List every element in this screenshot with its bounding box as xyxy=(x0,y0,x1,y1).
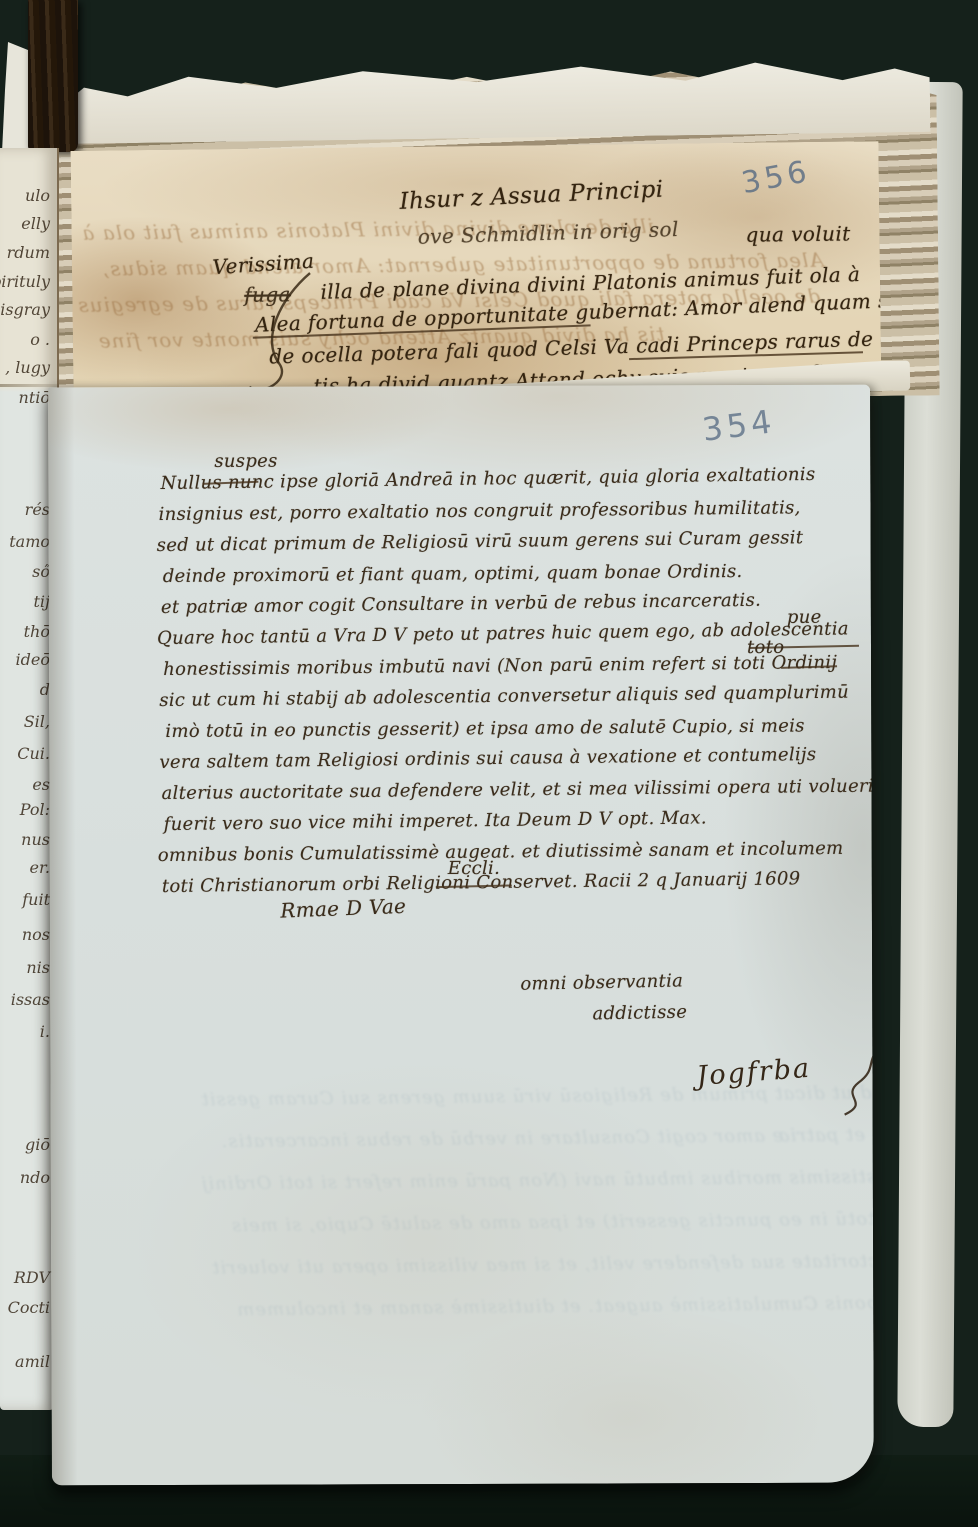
letter-line: insignius est, porro exaltatio nos congr… xyxy=(158,497,800,525)
clipped-word: ndo xyxy=(20,1168,50,1187)
inserted-word: Eccli. xyxy=(448,858,500,879)
page-354: 354 Nullus nunc ipse gloriā Andreā in ho… xyxy=(48,385,874,1486)
bleed-through-line: et patriæ amor cogit Consultare in verbū… xyxy=(221,1124,865,1152)
bleed-through-line: omnibus bonis Cumulatissimè augeat. et d… xyxy=(236,1292,874,1321)
clipped-word: RDV xyxy=(14,1268,50,1287)
bleed-through-line: honestissimis moribus imbutū navi (Non p… xyxy=(201,1166,874,1195)
book-spine-strap xyxy=(28,0,78,152)
closing-line: addictisse xyxy=(592,1002,687,1025)
clipped-word: spirituly xyxy=(0,272,50,291)
closing-line: omni observantia xyxy=(520,970,683,994)
letter-line: sic ut cum hi stabij ab adolescentia con… xyxy=(159,682,849,711)
letter-line: honestissimis moribus imbutū navi (Non p… xyxy=(163,652,837,680)
clipped-word: elly xyxy=(21,214,50,233)
clipped-word: issas xyxy=(11,990,50,1009)
signature-flourish xyxy=(810,1036,874,1116)
bleed-through-line: imò totū in eo punctis gesserit) et ipsa… xyxy=(231,1208,874,1236)
inserted-word: toto xyxy=(747,637,784,658)
clipped-word: nos xyxy=(22,925,50,944)
clipped-word: isgray xyxy=(0,300,50,319)
clipped-word: es xyxy=(32,775,50,794)
top-loose-sheet-edge xyxy=(57,54,930,144)
clipped-word: ntiō xyxy=(19,388,50,407)
clipped-word: tij xyxy=(33,592,50,611)
inserted-word: suspes xyxy=(214,451,277,472)
clipped-word: Pol: xyxy=(20,800,50,819)
handwritten-heading: Ihsur z Assua Principi xyxy=(399,176,664,214)
letter-line: et patriæ amor cogit Consultare in verbū… xyxy=(161,590,761,618)
clipped-word: fuit xyxy=(22,890,50,909)
folio-number-pencil-356: 356 xyxy=(739,154,814,201)
letter-line: Quare hoc tantū a Vra D V peto ut patres… xyxy=(157,618,849,649)
clipped-word: ideō xyxy=(16,650,50,669)
clipped-word: ulo xyxy=(25,186,50,205)
clipped-word: rdum xyxy=(7,243,50,262)
folio-number-pencil-354: 354 xyxy=(700,402,777,449)
handwritten-note-qua-voluit: qua voluit xyxy=(745,221,850,246)
bleed-through-line: alterius auctoritate sua defendere velit… xyxy=(211,1249,874,1278)
clipped-word: tamo xyxy=(9,532,50,551)
letter-line: imò totū in eo punctis gesserit) et ipsa… xyxy=(165,715,805,742)
letter-line: alterius auctoritate sua defendere velit… xyxy=(161,776,873,805)
clipped-word: er. xyxy=(30,858,50,877)
inserted-word: pue xyxy=(787,607,822,628)
clipped-word: ső xyxy=(32,562,50,581)
manuscript-photo: ulo elly rdum spirituly isgray o . , lug… xyxy=(0,0,978,1527)
letter-line: fuerit vero suo vice mihi imperet. Ita D… xyxy=(164,807,707,835)
clipped-word: nis xyxy=(26,958,50,977)
page-356: 356 illa de plane divina divini Platonis… xyxy=(71,141,882,401)
valediction: Rmae D Vae xyxy=(280,894,407,923)
clipped-word: amil xyxy=(15,1352,50,1371)
clipped-word: o . xyxy=(30,330,50,349)
clipped-word: Sil, xyxy=(24,712,50,731)
letter-line: omnibus bonis Cumulatissimè augeat. et d… xyxy=(158,838,844,866)
clipped-word: i. xyxy=(40,1022,50,1041)
clipped-word: giō xyxy=(25,1135,50,1154)
letter-line: sed ut dicat primum de Religiosū virū su… xyxy=(157,527,804,556)
letter-line: deinde proximorū et fiant quam, optimi, … xyxy=(163,561,743,587)
letter-line: vera saltem tam Religiosi ordinis sui ca… xyxy=(159,744,816,773)
bleed-through-line: sed ut dicat primum de Religiosū virū su… xyxy=(200,1082,873,1110)
clipped-word: , lugy xyxy=(5,358,50,377)
clipped-word: thō xyxy=(24,622,50,641)
clipped-word: nus xyxy=(21,830,50,849)
clipped-word: Cocti xyxy=(8,1298,50,1317)
clipped-word: Cui. xyxy=(17,744,50,763)
pen-flourish xyxy=(240,268,332,399)
clipped-word: rés xyxy=(25,500,50,519)
